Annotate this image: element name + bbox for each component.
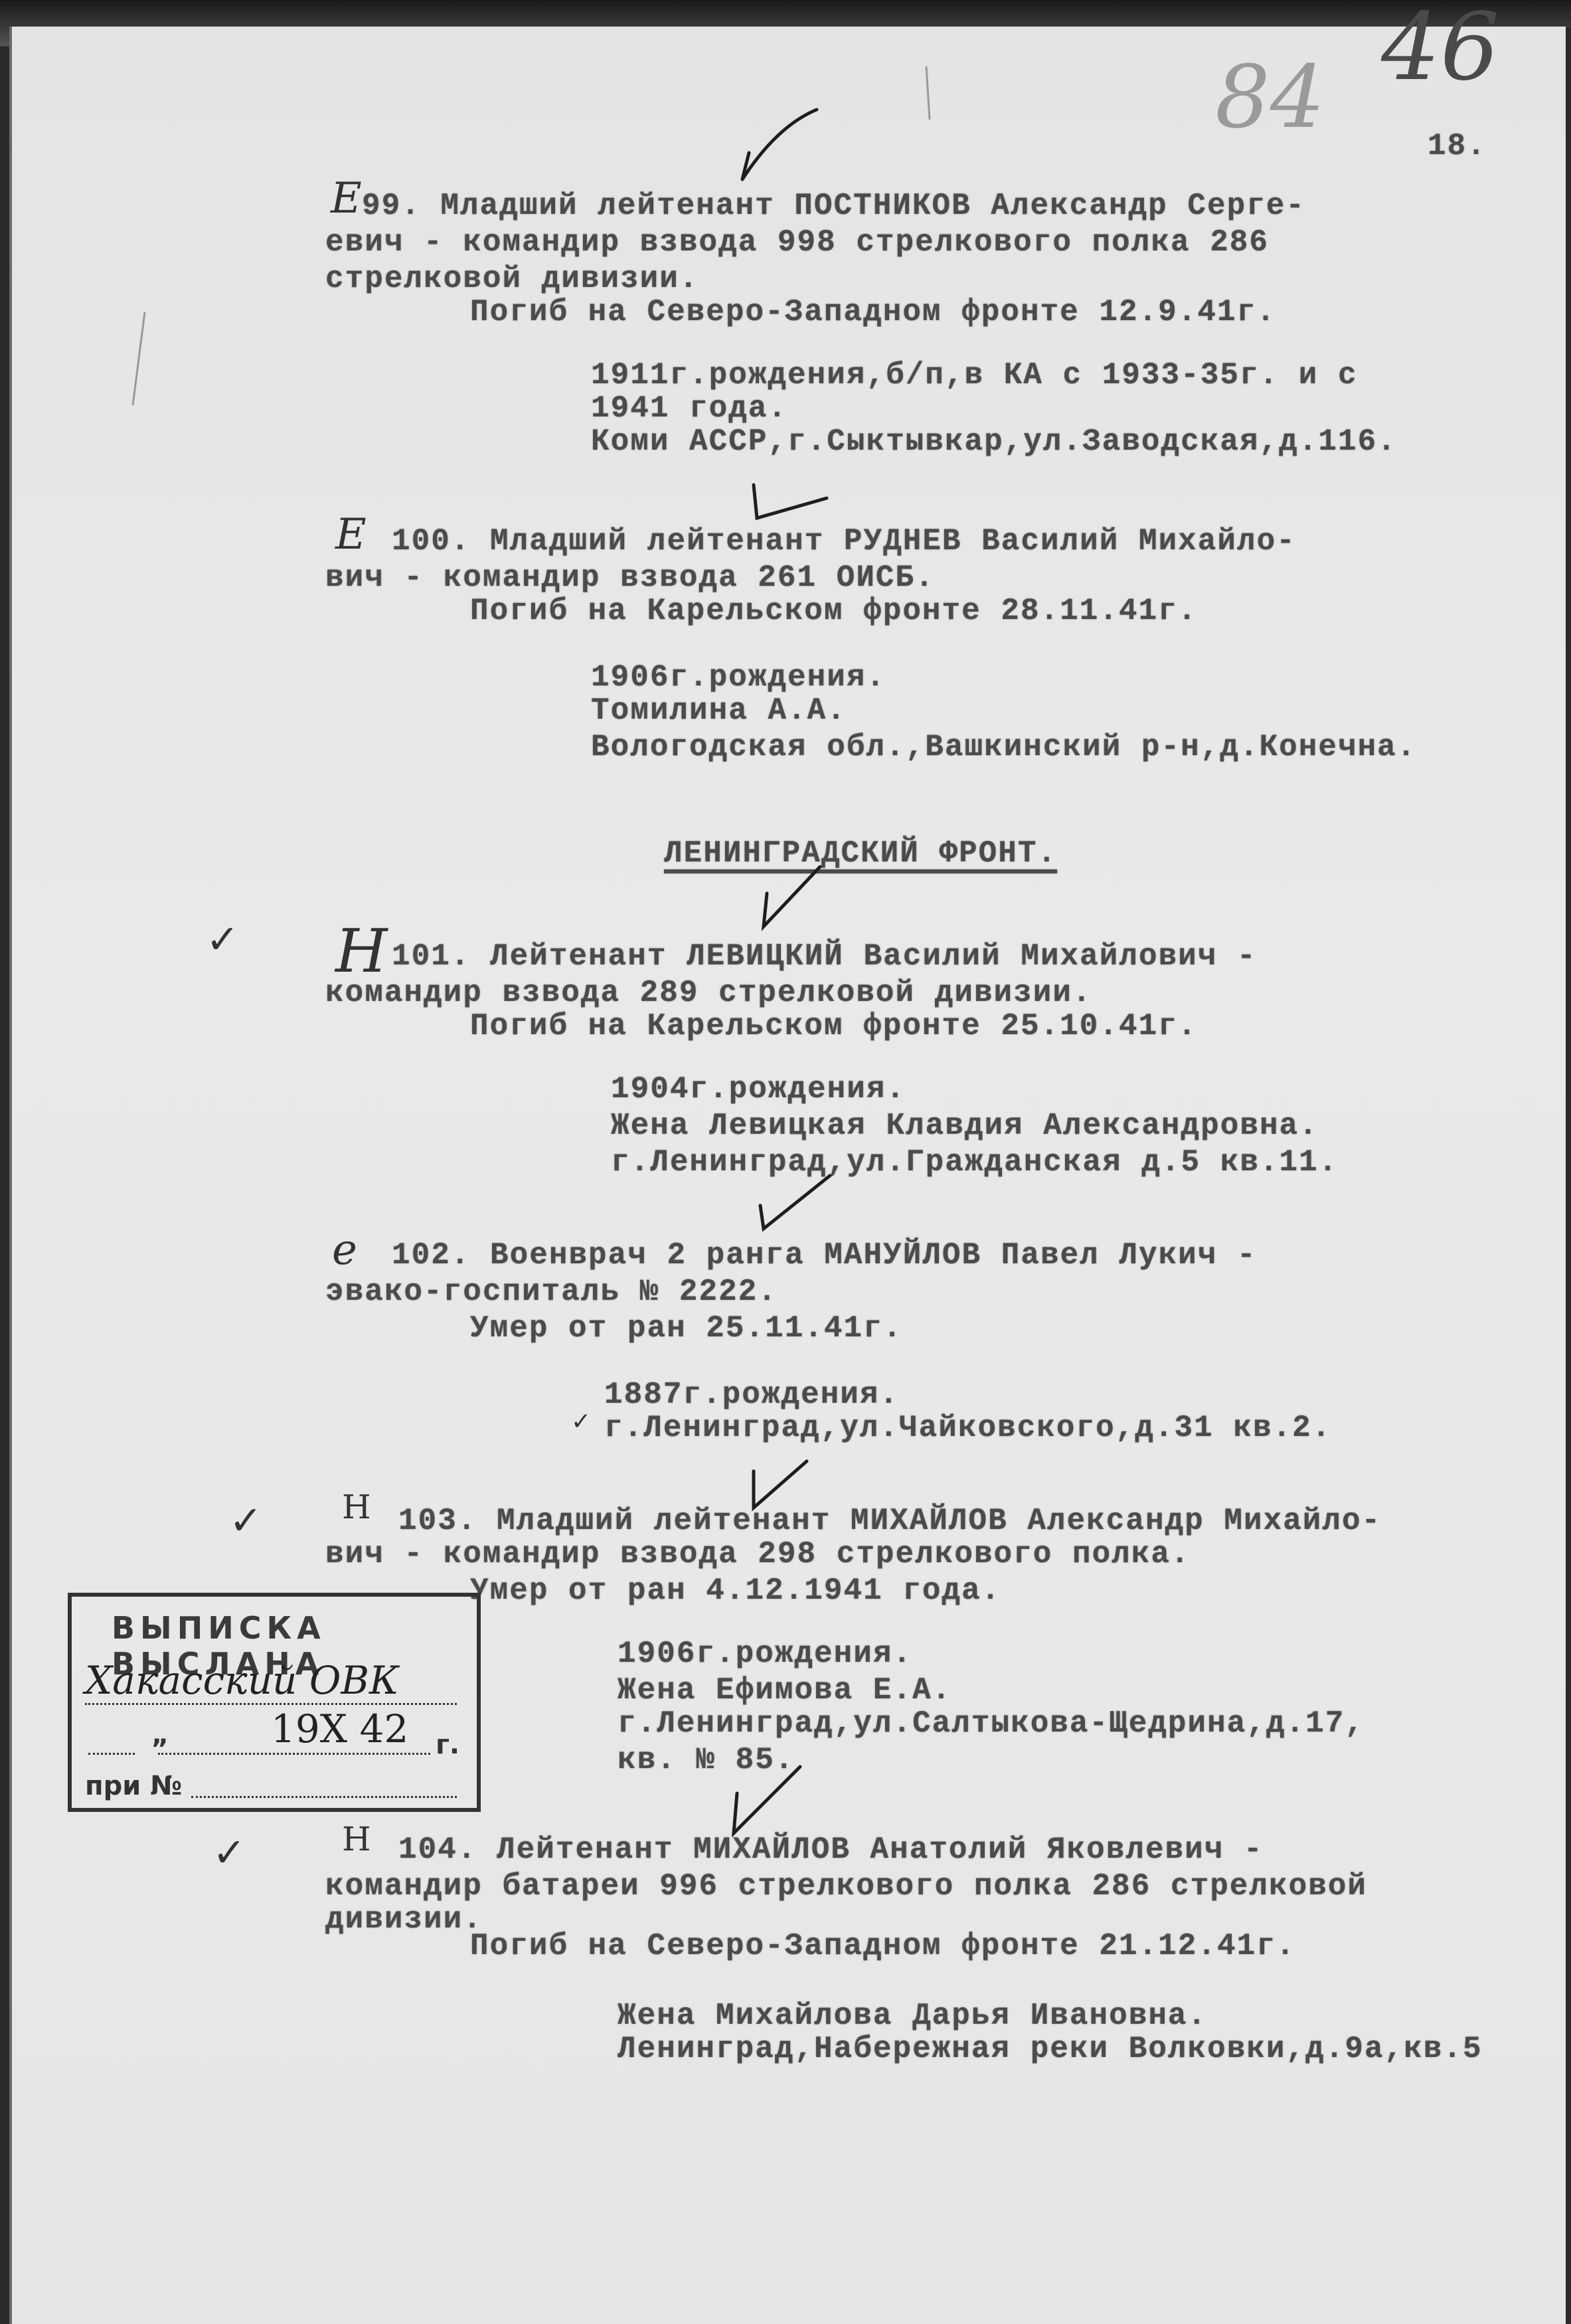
handwritten-checkmarks (0, 0, 1571, 2324)
checkmark-icon (760, 1176, 830, 1229)
checkmark-icon (742, 110, 817, 179)
page-crease (133, 312, 145, 405)
checkmark-icon (754, 1461, 807, 1508)
checkmark-icon (734, 1767, 800, 1833)
page-crease (926, 66, 930, 120)
checkmark-icon (754, 485, 827, 518)
checkmark-icon (764, 867, 820, 927)
